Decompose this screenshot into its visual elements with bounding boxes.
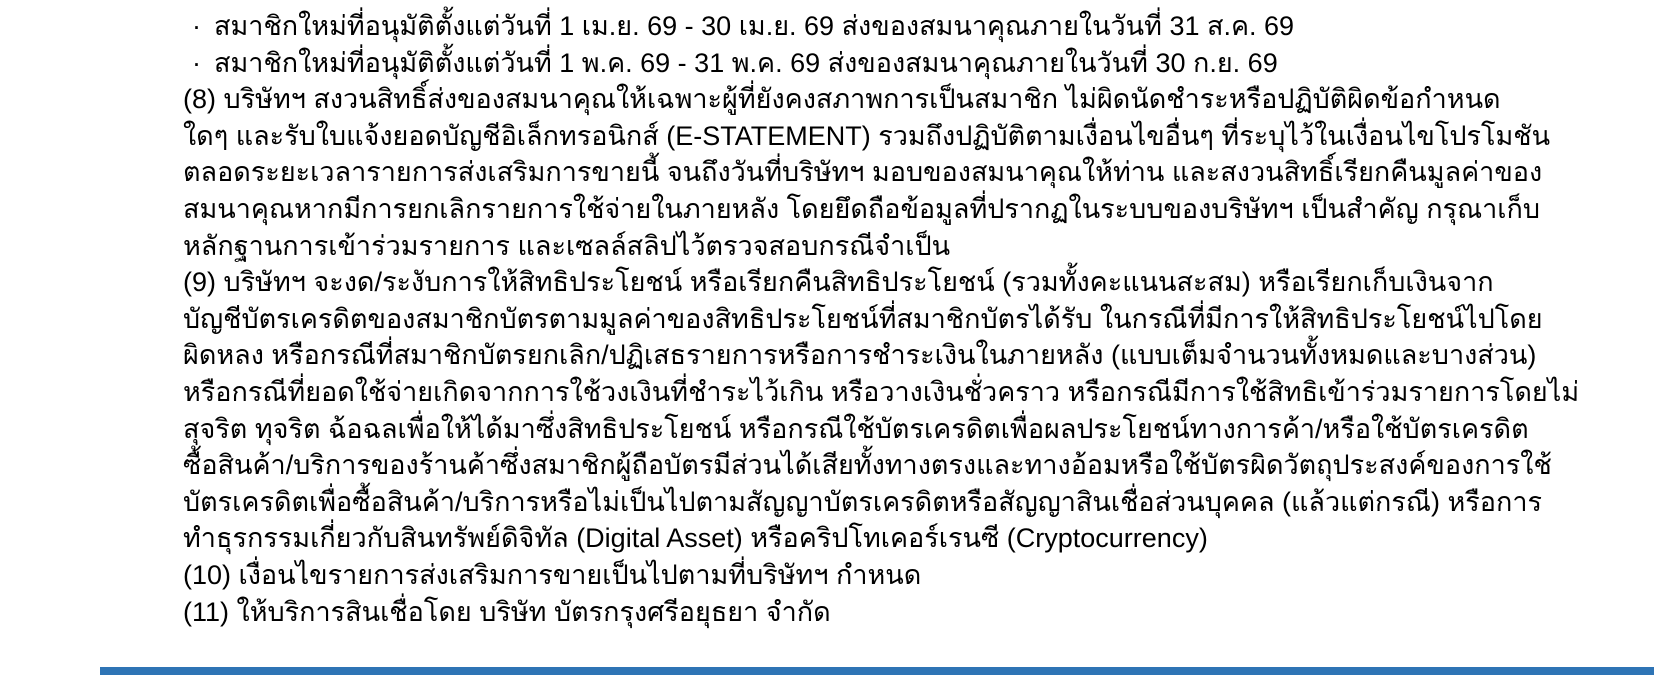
text-line-content: สมาชิกใหม่ที่อนุมัติตั้งแต่วันที่ 1 พ.ค.…	[214, 48, 1278, 78]
text-line: สุจริต ทุจริต ฉ้อฉลเพื่อให้ได้มาซึ่งสิทธ…	[183, 411, 1483, 448]
text-line: ผิดหลง หรือกรณีที่สมาชิกบัตรยกเลิก/ปฏิเส…	[183, 337, 1483, 374]
text-line-content: (9) บริษัทฯ จะงด/ระงับการให้สิทธิประโยชน…	[183, 267, 1494, 297]
document-page: ·สมาชิกใหม่ที่อนุมัติตั้งแต่วันที่ 1 เม.…	[0, 0, 1654, 675]
text-line-content: สมาชิกใหม่ที่อนุมัติตั้งแต่วันที่ 1 เม.ย…	[214, 11, 1294, 41]
text-line-content: สมนาคุณหากมีการยกเลิกรายการใช้จ่ายในภายห…	[183, 194, 1540, 224]
text-line: (9) บริษัทฯ จะงด/ระงับการให้สิทธิประโยชน…	[183, 264, 1483, 301]
text-line: ใดๆ และรับใบแจ้งยอดบัญชีอิเล็กทรอนิกส์ (…	[183, 118, 1483, 155]
text-line-content: (8) บริษัทฯ สงวนสิทธิ์ส่งของสมนาคุณให้เฉ…	[183, 84, 1501, 114]
terms-text-block: ·สมาชิกใหม่ที่อนุมัติตั้งแต่วันที่ 1 เม.…	[183, 8, 1483, 630]
text-line: หลักฐานการเข้าร่วมรายการ และเซลล์สลิปไว้…	[183, 228, 1483, 265]
text-line: สมนาคุณหากมีการยกเลิกรายการใช้จ่ายในภายห…	[183, 191, 1483, 228]
text-line: ซื้อสินค้า/บริการของร้านค้าซึ่งสมาชิกผู้…	[183, 447, 1483, 484]
text-line: ตลอดระยะเวลารายการส่งเสริมการขายนี้ จนถึ…	[183, 154, 1483, 191]
text-line-content: ผิดหลง หรือกรณีที่สมาชิกบัตรยกเลิก/ปฏิเส…	[183, 340, 1536, 370]
text-line: (8) บริษัทฯ สงวนสิทธิ์ส่งของสมนาคุณให้เฉ…	[183, 81, 1483, 118]
text-line-content: บัญชีบัตรเครดิตของสมาชิกบัตรตามมูลค่าของ…	[183, 304, 1543, 334]
bottom-blue-bar	[100, 667, 1654, 675]
text-line: ทำธุรกรรมเกี่ยวกับสินทรัพย์ดิจิทัล (Digi…	[183, 520, 1483, 557]
text-line: (10) เงื่อนไขรายการส่งเสริมการขายเป็นไปต…	[183, 557, 1483, 594]
text-line-content: บัตรเครดิตเพื่อซื้อสินค้า/บริการหรือไม่เ…	[183, 487, 1542, 517]
text-line: บัญชีบัตรเครดิตของสมาชิกบัตรตามมูลค่าของ…	[183, 301, 1483, 338]
bullet-marker: ·	[192, 8, 214, 45]
text-line-content: สุจริต ทุจริต ฉ้อฉลเพื่อให้ได้มาซึ่งสิทธ…	[183, 414, 1529, 444]
text-line-content: ทำธุรกรรมเกี่ยวกับสินทรัพย์ดิจิทัล (Digi…	[183, 523, 1208, 553]
text-line-content: (10) เงื่อนไขรายการส่งเสริมการขายเป็นไปต…	[183, 560, 921, 590]
text-line-content: หลักฐานการเข้าร่วมรายการ และเซลล์สลิปไว้…	[183, 231, 950, 261]
text-line: ·สมาชิกใหม่ที่อนุมัติตั้งแต่วันที่ 1 พ.ค…	[183, 45, 1483, 82]
bullet-marker: ·	[192, 45, 214, 82]
text-line: (11) ให้บริการสินเชื่อโดย บริษัท บัตรกรุ…	[183, 594, 1483, 631]
text-line: หรือกรณีที่ยอดใช้จ่ายเกิดจากการใช้วงเงิน…	[183, 374, 1483, 411]
text-line: ·สมาชิกใหม่ที่อนุมัติตั้งแต่วันที่ 1 เม.…	[183, 8, 1483, 45]
text-line: บัตรเครดิตเพื่อซื้อสินค้า/บริการหรือไม่เ…	[183, 484, 1483, 521]
text-line-content: ใดๆ และรับใบแจ้งยอดบัญชีอิเล็กทรอนิกส์ (…	[183, 121, 1550, 151]
text-line-content: หรือกรณีที่ยอดใช้จ่ายเกิดจากการใช้วงเงิน…	[183, 377, 1579, 407]
text-line-content: ซื้อสินค้า/บริการของร้านค้าซึ่งสมาชิกผู้…	[183, 450, 1552, 480]
text-line-content: (11) ให้บริการสินเชื่อโดย บริษัท บัตรกรุ…	[183, 597, 831, 627]
text-line-content: ตลอดระยะเวลารายการส่งเสริมการขายนี้ จนถึ…	[183, 157, 1542, 187]
